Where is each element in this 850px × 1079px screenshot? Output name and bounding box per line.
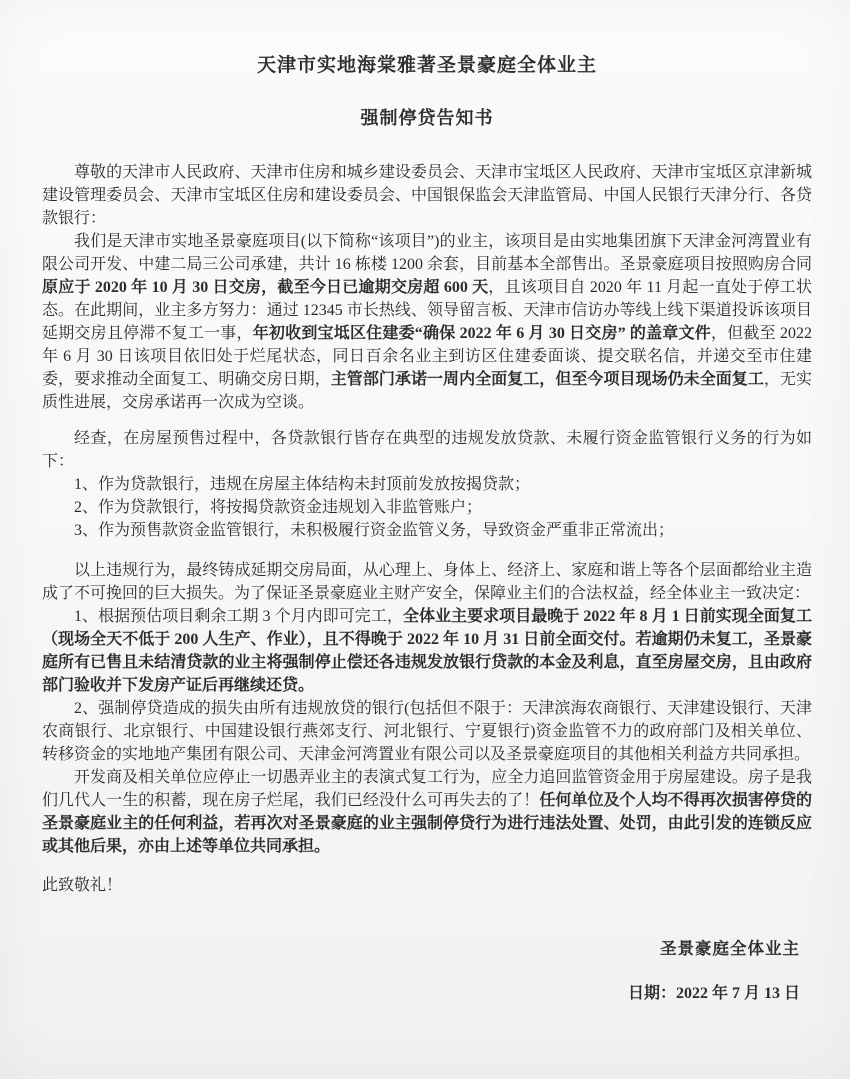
document-title: 天津市实地海棠雅著圣景豪庭全体业主 xyxy=(42,50,812,77)
signature: 圣景豪庭全体业主 xyxy=(42,935,800,959)
text-run: 3、作为预售款资金监管银行，未积极履行资金监管义务，导致资金严重非正常流出； xyxy=(74,522,674,539)
text-run: 以上违规行为，最终铸成延期交房局面，从心理上、身体上、经济上、家庭和谐上等各个层… xyxy=(42,562,812,602)
text-run: 此致敬礼！ xyxy=(42,877,122,894)
paragraph: 以上违规行为，最终铸成延期交房局面，从心理上、身体上、经济上、家庭和谐上等各个层… xyxy=(42,559,812,605)
paragraph: 开发商及相关单位应停止一切愚弄业主的表演式复工行为，应全力追回监管资金用于房屋建… xyxy=(42,766,812,858)
text-run: 1、根据预估项目剩余工期 3 个月内即可完工， xyxy=(74,608,403,625)
text-run: 1、作为贷款银行，违规在房屋主体结构未封顶前发放按揭贷款； xyxy=(74,476,530,493)
paragraph: 我们是天津市实地圣景豪庭项目(以下简称“该项目”)的业主，该项目是由实地集团旗下… xyxy=(42,230,812,414)
paragraph: 2、强制停贷造成的损失由所有违规放贷的银行(包括但不限于：天津滨海农商银行、天津… xyxy=(42,697,812,766)
paragraph: 3、作为预售款资金监管银行，未积极履行资金监管义务，导致资金严重非正常流出； xyxy=(42,519,812,542)
text-run: 原应于 2020 年 10 月 30 日交房，截至今日已逾期交房超 600 天 xyxy=(42,279,488,296)
date-line: 日期：2022 年 7 月 13 日 xyxy=(42,980,800,1003)
document-page: 天津市实地海棠雅著圣景豪庭全体业主 强制停贷告知书 尊敬的天津市人民政府、天津市… xyxy=(0,0,850,1079)
document-body: 尊敬的天津市人民政府、天津市住房和城乡建设委员会、天津市宝坻区人民政府、天津市宝… xyxy=(42,161,812,897)
text-run: 2、作为贷款银行，将按揭贷款资金违规划入非监管账户； xyxy=(74,499,482,516)
document-subtitle: 强制停贷告知书 xyxy=(42,104,812,130)
closing-line: 此致敬礼！ xyxy=(42,874,812,897)
text-run: 经查，在房屋预售过程中，各贷款银行皆存在典型的违规发放贷款、未履行资金监管银行义… xyxy=(42,430,812,470)
text-run: 年初收到宝坻区住建委“确保 2022 年 6 月 30 日交房” 的盖章文件 xyxy=(253,325,711,342)
paragraph: 2、作为贷款银行，将按揭贷款资金违规划入非监管账户； xyxy=(42,496,812,519)
paragraph: 1、作为贷款银行，违规在房屋主体结构未封顶前发放按揭贷款； xyxy=(42,473,812,496)
signature-block: 圣景豪庭全体业主 日期：2022 年 7 月 13 日 xyxy=(42,935,812,1003)
text-run: 我们是天津市实地圣景豪庭项目(以下简称“该项目”)的业主，该项目是由实地集团旗下… xyxy=(42,233,812,273)
text-run: 尊敬的天津市人民政府、天津市住房和城乡建设委员会、天津市宝坻区人民政府、天津市宝… xyxy=(42,164,812,227)
text-run: 主管部门承诺一周内全面复工，但至今项目现场仍未全面复工 xyxy=(331,371,764,388)
paragraph: 1、根据预估项目剩余工期 3 个月内即可完工，全体业主要求项目最晚于 2022 … xyxy=(42,605,812,697)
paragraph: 经查，在房屋预售过程中，各贷款银行皆存在典型的违规发放贷款、未履行资金监管银行义… xyxy=(42,427,812,473)
text-run: 2、强制停贷造成的损失由所有违规放贷的银行(包括但不限于：天津滨海农商银行、天津… xyxy=(42,700,812,763)
paragraph: 尊敬的天津市人民政府、天津市住房和城乡建设委员会、天津市宝坻区人民政府、天津市宝… xyxy=(42,161,812,230)
